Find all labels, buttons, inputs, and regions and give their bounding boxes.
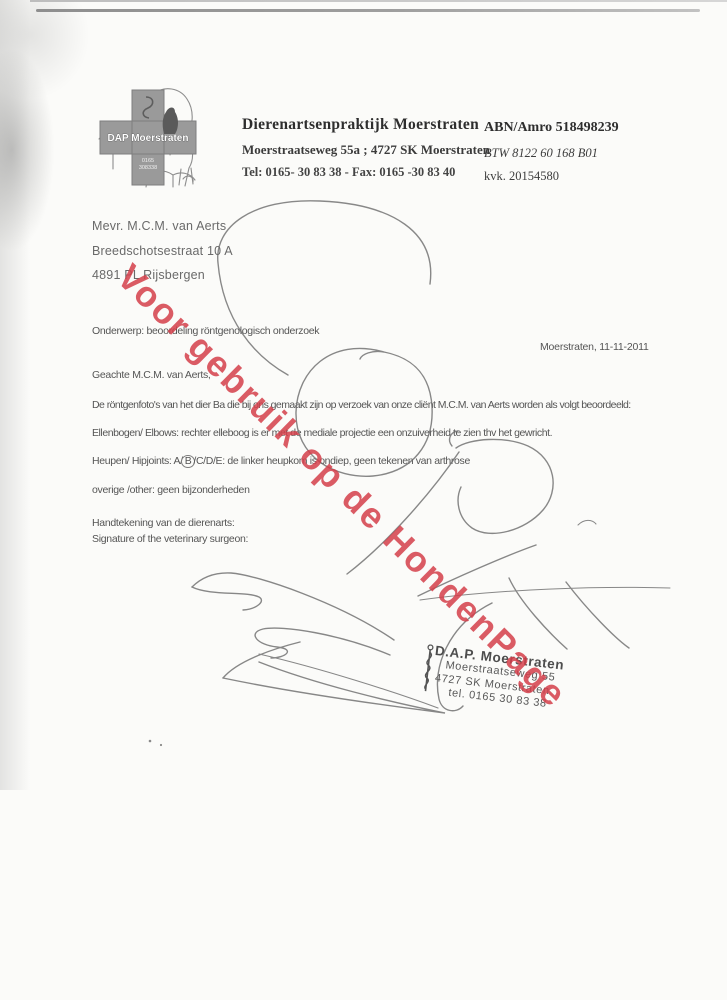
intro-paragraph: De röntgenfoto's van het dier Ba die bij… xyxy=(92,399,631,411)
btw-number: BTW 8122 60 168 B01 xyxy=(484,146,598,161)
practice-phone: Tel: 0165- 30 83 38 - Fax: 0165 -30 83 4… xyxy=(242,165,455,180)
practice-address: Moerstraatseweg 55a ; 4727 SK Moerstrate… xyxy=(242,142,490,158)
signature-stroke-3 xyxy=(223,662,445,713)
logo-text: DAP Moerstraten xyxy=(108,133,189,144)
cat-silhouette xyxy=(163,108,178,135)
pen-dots xyxy=(149,740,162,746)
bank-account: ABN/Amro 518498239 xyxy=(484,120,619,136)
practice-stamp: D.A.P. Moerstraten Moerstraatseweg 55 47… xyxy=(430,643,565,713)
finding-hips-pre: Heupen/ Hipjoints: A/ xyxy=(92,455,183,467)
scanned-letter-page: DAP Moerstraten 0165 308338 Dierenartsen… xyxy=(0,0,727,1000)
signature-label-nl: Handtekening van de dierenarts: xyxy=(92,517,234,529)
kvk-number: kvk. 20154580 xyxy=(484,169,559,184)
logo-phone-line1: 0165 xyxy=(142,158,154,164)
recipient-street: Breedschotsestraat 10 A xyxy=(92,239,233,264)
logo-phone-line2: 308338 xyxy=(139,165,157,171)
recipient-address: Mevr. M.C.M. van Aerts Breedschotsestraa… xyxy=(92,214,233,288)
subject-line: Onderwerp: beoordeling röntgenologisch o… xyxy=(92,325,319,337)
recipient-name: Mevr. M.C.M. van Aerts xyxy=(92,214,233,239)
scan-top-edge-line-2 xyxy=(36,9,700,12)
pen-letter-c xyxy=(218,201,431,375)
pen-letter-p-loop xyxy=(456,439,553,533)
signature-stroke-1 xyxy=(192,573,394,640)
signature-stroke-2 xyxy=(255,628,390,658)
scan-top-edge-line xyxy=(30,0,727,2)
finding-other: overige /other: geen bijzonderheden xyxy=(92,484,250,496)
finding-hips-post: /C/D/E: de linker heupkom is ondiep, gee… xyxy=(193,455,470,467)
practice-logo-icon: DAP Moerstraten 0165 308338 xyxy=(96,84,200,190)
recipient-city: 4891 PL Rijsbergen xyxy=(92,263,233,288)
bird-outline xyxy=(183,176,193,182)
finding-hips: Heupen/ Hipjoints: A/B/C/D/E: de linker … xyxy=(92,455,470,468)
finding-elbows: Ellenbogen/ Elbows: rechter elleboog is … xyxy=(92,427,552,439)
scan-left-smudge xyxy=(0,40,58,260)
pen-letter-p-stem xyxy=(347,452,459,574)
date-line: Moerstraten, 11-11-2011 xyxy=(540,341,649,353)
practice-name: Dierenartsenpraktijk Moerstraten xyxy=(242,116,479,134)
salutation: Geachte M.C.M. van Aerts, xyxy=(92,369,211,381)
signature-label-en: Signature of the veterinary surgeon: xyxy=(92,533,248,545)
